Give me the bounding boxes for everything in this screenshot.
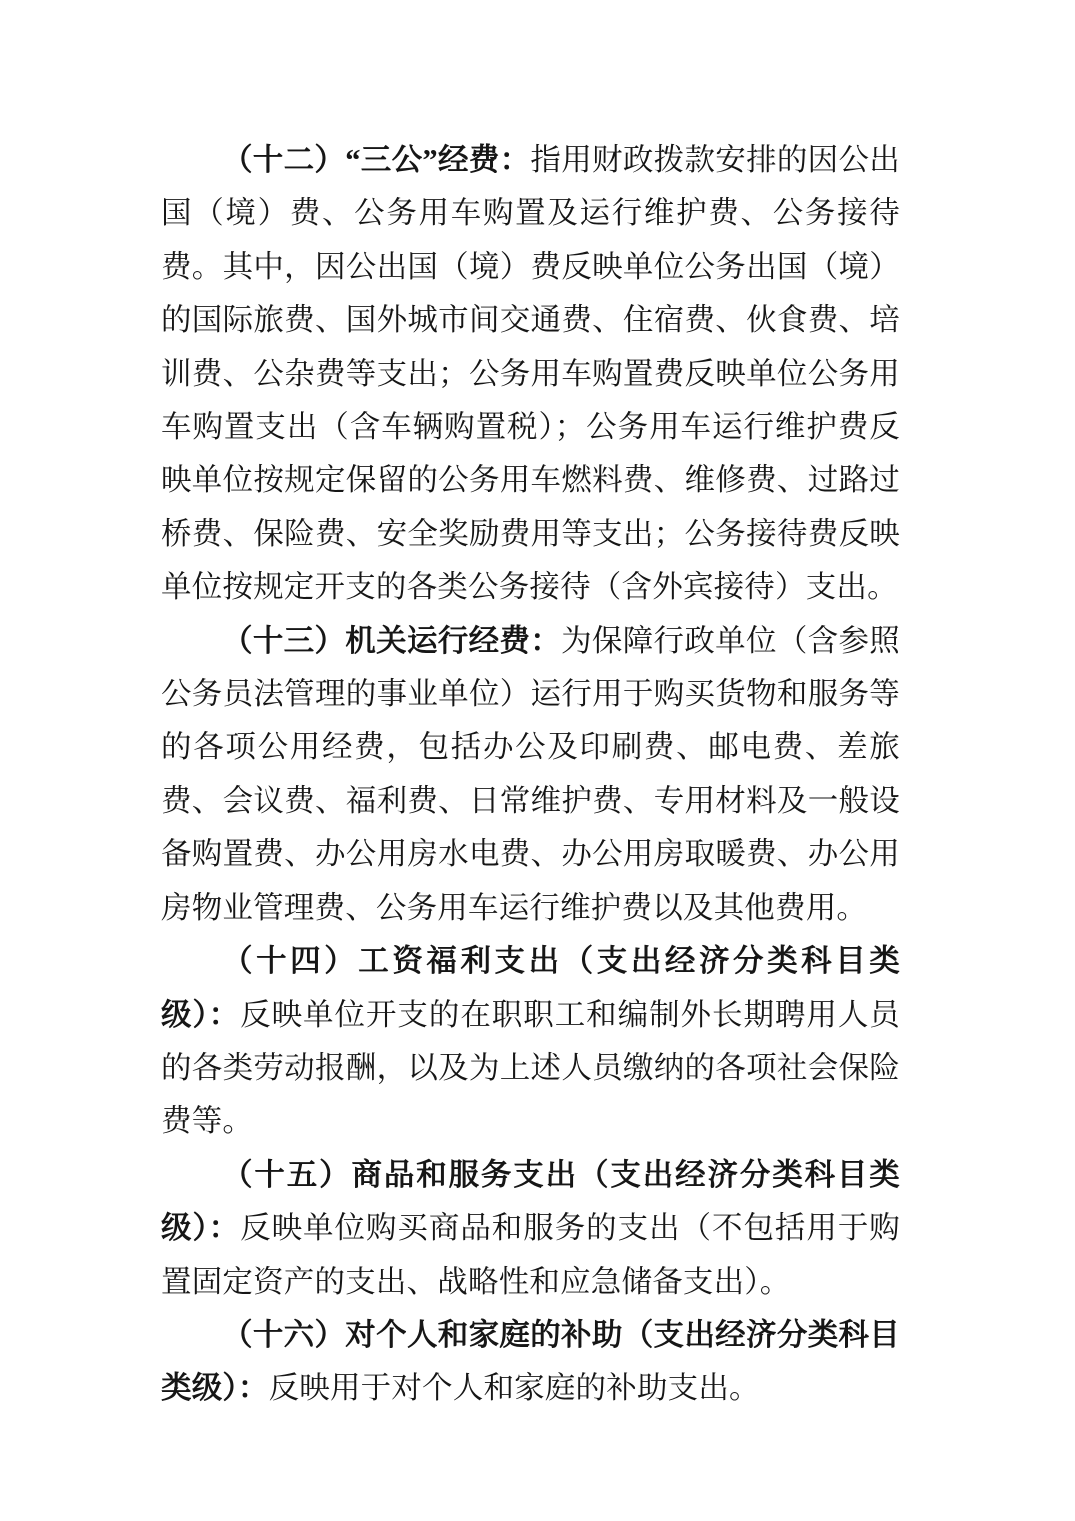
para-body: 反映用于对个人和家庭的补助支出。 xyxy=(269,1371,760,1405)
para-individual-family-subsidies: （十六）对个人和家庭的补助（支出经济分类科目类级）：反映用于对个人和家庭的补助支… xyxy=(161,1309,900,1416)
para-wage-welfare-expenditure: （十四）工资福利支出（支出经济分类科目类级）：反映单位开支的在职职工和编制外长期… xyxy=(161,935,900,1149)
document-page: （十二）“三公”经费：指用财政拨款安排的因公出国（境）费、公务用车购置及运行维护… xyxy=(161,134,900,1416)
para-goods-services-expenditure: （十五）商品和服务支出（支出经济分类科目类级）：反映单位购买商品和服务的支出（不… xyxy=(161,1149,900,1309)
para-agency-operating-costs: （十三）机关运行经费：为保障行政单位（含参照公务员法管理的事业单位）运行用于购买… xyxy=(161,615,900,935)
para-body: 指用财政拨款安排的因公出国（境）费、公务用车购置及运行维护费、公务接待费。其中，… xyxy=(161,143,900,604)
para-heading: （十三）机关运行经费： xyxy=(222,624,561,658)
para-body: 反映单位开支的在职职工和编制外长期聘用人员的各类劳动报酬，以及为上述人员缴纳的各… xyxy=(161,998,900,1139)
para-body: 反映单位购买商品和服务的支出（不包括用于购置固定资产的支出、战略性和应急储备支出… xyxy=(161,1211,900,1298)
para-heading: （十二）“三公”经费： xyxy=(222,143,530,177)
para-body: 为保障行政单位（含参照公务员法管理的事业单位）运行用于购买货物和服务等的各项公用… xyxy=(161,624,900,925)
para-sangong-funds: （十二）“三公”经费：指用财政拨款安排的因公出国（境）费、公务用车购置及运行维护… xyxy=(161,134,900,615)
